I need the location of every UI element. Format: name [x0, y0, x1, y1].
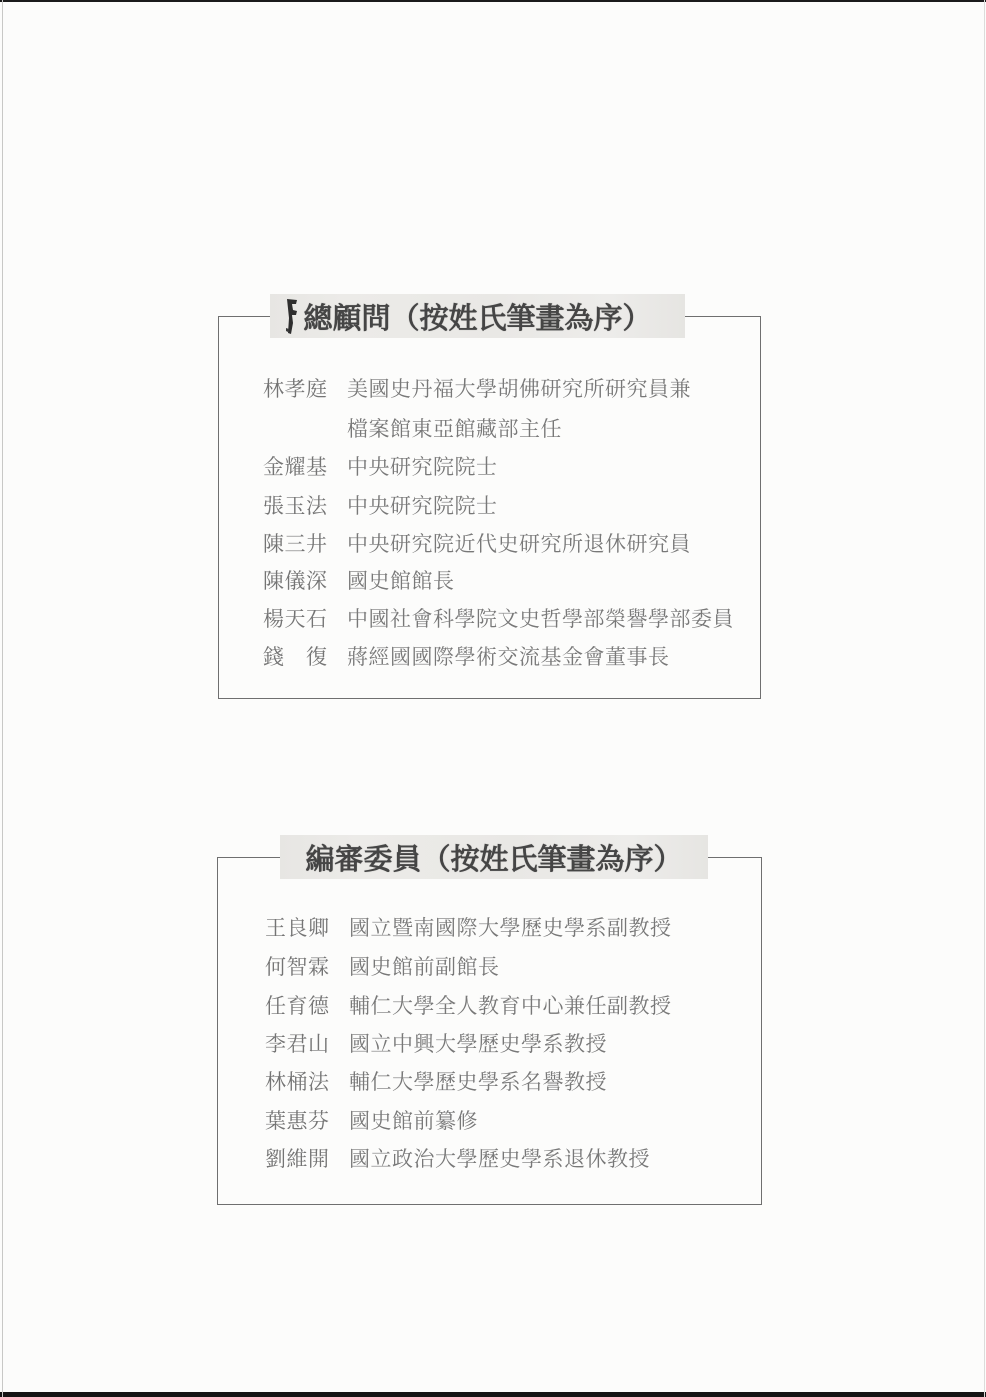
committee-row: 林桶法 輔仁大學歷史學系名譽教授 — [265, 1071, 607, 1095]
committee-name: 李君山 — [265, 1033, 349, 1057]
committee-role: 國立政治大學歷史學系退休教授 — [349, 1148, 650, 1172]
committee-role: 輔仁大學全人教育中心兼任副教授 — [349, 995, 672, 1019]
advisor-name: 陳三井 — [263, 533, 347, 557]
committee-name: 何智霖 — [265, 956, 349, 980]
advisor-role: 國史館館長 — [347, 570, 455, 594]
scan-edge-top — [0, 0, 986, 2]
committee-title: 編審委員（按姓氏筆畫為序） — [305, 837, 682, 878]
committee-row: 李君山 國立中興大學歷史學系教授 — [265, 1033, 607, 1057]
committee-row: 劉維開 國立政治大學歷史學系退休教授 — [265, 1148, 650, 1172]
ink-blot-mark — [284, 298, 300, 335]
scan-edge-left — [2, 0, 3, 1397]
advisor-role: 中央研究院院士 — [347, 456, 498, 480]
advisor-role: 中央研究院近代史研究所退休研究員 — [347, 533, 691, 557]
committee-name: 葉惠芬 — [265, 1110, 349, 1134]
scanned-page: 總顧問（按姓氏筆畫為序） 林孝庭 美國史丹福大學胡佛研究所研究員兼 檔案館東亞館… — [0, 0, 986, 1397]
committee-row: 葉惠芬 國史館前纂修 — [265, 1110, 478, 1134]
advisor-role: 蔣經國國際學術交流基金會董事長 — [347, 646, 670, 670]
advisor-role: 中國社會科學院文史哲學部榮譽學部委員 — [347, 608, 734, 632]
advisors-title: 總顧問（按姓氏筆畫為序） — [303, 296, 651, 337]
advisor-role: 中央研究院院士 — [347, 495, 498, 519]
advisor-row: 陳三井 中央研究院近代史研究所退休研究員 — [263, 533, 691, 557]
committee-title-band: 編審委員（按姓氏筆畫為序） — [280, 835, 708, 879]
advisor-role: 檔案館東亞館藏部主任 — [347, 418, 562, 442]
advisor-name: 陳儀深 — [263, 570, 347, 594]
advisor-row: 陳儀深 國史館館長 — [263, 570, 455, 594]
advisors-title-band: 總顧問（按姓氏筆畫為序） — [270, 294, 685, 338]
scan-edge-bottom — [0, 1392, 986, 1397]
advisor-row: 張玉法 中央研究院院士 — [263, 495, 498, 519]
committee-name: 劉維開 — [265, 1148, 349, 1172]
advisor-role: 美國史丹福大學胡佛研究所研究員兼 — [347, 378, 691, 402]
committee-name: 任育德 — [265, 995, 349, 1019]
committee-name: 林桶法 — [265, 1071, 349, 1095]
advisor-row: 林孝庭 美國史丹福大學胡佛研究所研究員兼 — [263, 378, 691, 402]
advisor-row: 楊天石 中國社會科學院文史哲學部榮譽學部委員 — [263, 608, 734, 632]
committee-role: 國史館前纂修 — [349, 1110, 478, 1134]
committee-row: 任育德 輔仁大學全人教育中心兼任副教授 — [265, 995, 672, 1019]
advisor-name: 金耀基 — [263, 456, 347, 480]
advisor-row: 錢 復 蔣經國國際學術交流基金會董事長 — [263, 646, 670, 670]
advisor-name: 錢 復 — [263, 646, 347, 670]
advisor-row: 金耀基 中央研究院院士 — [263, 456, 498, 480]
committee-role: 輔仁大學歷史學系名譽教授 — [349, 1071, 607, 1095]
committee-row: 何智霖 國史館前副館長 — [265, 956, 500, 980]
advisor-name: 林孝庭 — [263, 378, 347, 402]
committee-role: 國立暨南國際大學歷史學系副教授 — [349, 917, 672, 941]
committee-row: 王良卿 國立暨南國際大學歷史學系副教授 — [265, 917, 672, 941]
committee-role: 國史館前副館長 — [349, 956, 500, 980]
committee-role: 國立中興大學歷史學系教授 — [349, 1033, 607, 1057]
advisor-name — [263, 418, 347, 442]
scan-edge-right — [984, 0, 985, 1397]
advisor-name: 楊天石 — [263, 608, 347, 632]
advisor-row-continuation: 檔案館東亞館藏部主任 — [263, 418, 562, 442]
committee-name: 王良卿 — [265, 917, 349, 941]
advisor-name: 張玉法 — [263, 495, 347, 519]
